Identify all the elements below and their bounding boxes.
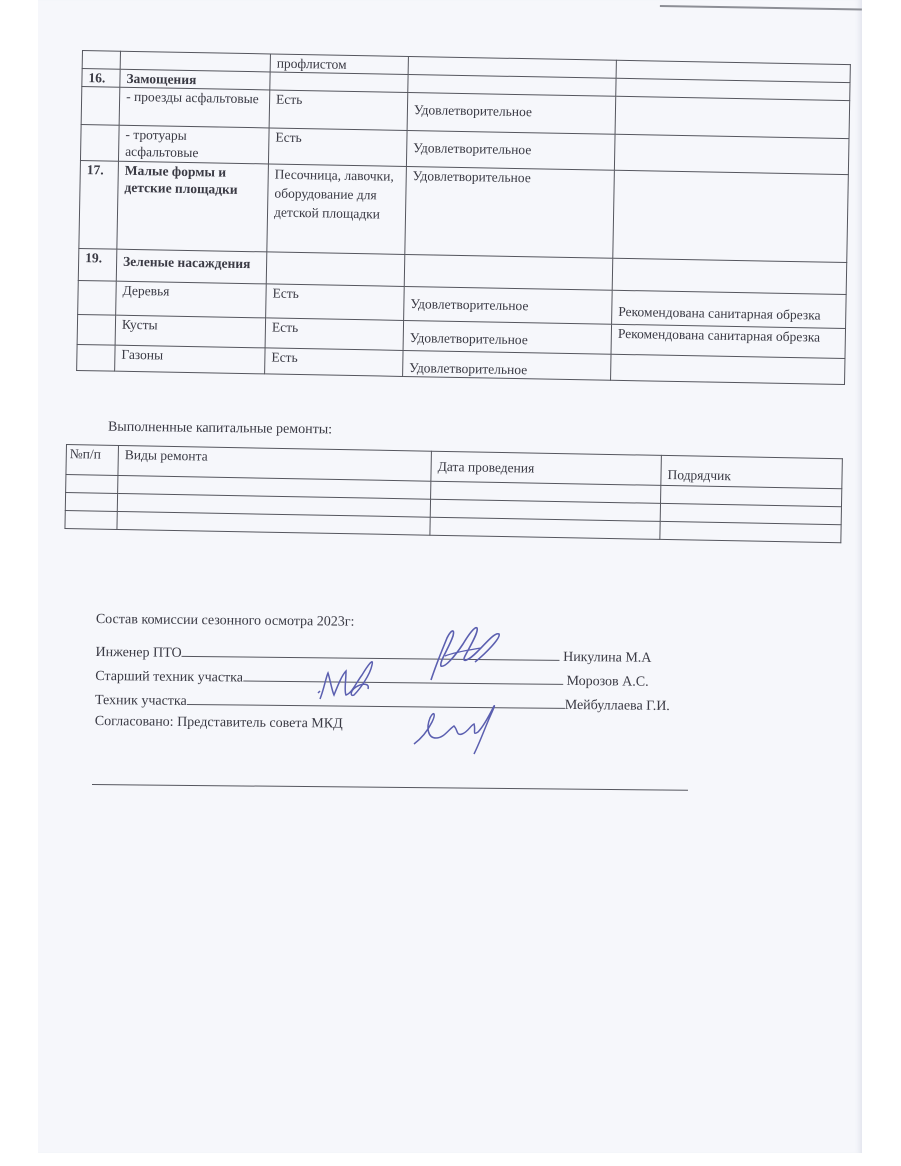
row-number: 16. <box>82 69 120 88</box>
element-name: - проезды асфальтовые <box>119 87 270 128</box>
member-role: Старший техник участка <box>95 669 243 686</box>
member-role: Инженер ПТО <box>95 645 181 661</box>
signature-line <box>187 687 565 709</box>
repairs-caption: Выполненные капитальные ремонты: <box>108 420 332 439</box>
element-name: Деревья <box>116 281 267 318</box>
commission-title: Состав комиссии сезонного осмотра 2023г: <box>96 608 716 638</box>
condition-cell: Удовлетворительное <box>406 130 615 170</box>
commission-block: Состав комиссии сезонного осмотра 2023г:… <box>95 608 716 740</box>
note-cell <box>613 170 849 262</box>
row-number <box>81 87 120 126</box>
presence-cell <box>266 252 405 287</box>
presence-cell: Есть <box>265 348 403 377</box>
table-row: 17. Малые формы и детские площадки Песоч… <box>79 160 848 262</box>
condition-cell: Удовлетворительное <box>403 320 612 354</box>
signature-line <box>182 639 560 661</box>
presence-cell: Есть <box>268 128 407 167</box>
note-cell <box>612 258 847 294</box>
signature-line <box>243 664 563 685</box>
row-number <box>77 314 116 345</box>
presence-cell: Есть <box>269 90 408 131</box>
condition-cell <box>404 254 613 290</box>
row-number <box>80 124 119 161</box>
header-date: Дата проведения <box>431 451 662 485</box>
condition-cell: Удовлетворительное <box>405 166 615 258</box>
element-name: Газоны <box>115 345 265 374</box>
presence-cell: Песочница, лавочки, оборудование для дет… <box>267 164 407 255</box>
element-name: Малые формы и детские площадки <box>117 161 269 252</box>
note-cell <box>614 134 849 174</box>
note-cell <box>615 96 850 138</box>
row-number <box>82 51 120 70</box>
presence-cell: профлистом <box>270 54 408 75</box>
element-name: Замощения <box>120 69 270 90</box>
condition-cell: Удовлетворительное <box>407 92 616 134</box>
inspection-table: профлистом 16. Замощения - проезды асфал… <box>76 50 851 385</box>
note-cell: Рекомендована санитарная обрезка <box>611 324 846 358</box>
element-name: Кусты <box>115 315 266 348</box>
repairs-table: №п/п Виды ремонта Дата проведения Подряд… <box>64 444 842 543</box>
header-number: №п/п <box>66 445 119 476</box>
element-name: - тротуары асфальтовые <box>118 125 269 164</box>
note-cell <box>611 354 845 384</box>
member-name: Мейбуллаева Г.И. <box>565 698 670 714</box>
row-number <box>77 344 115 371</box>
row-number: 17. <box>79 160 119 249</box>
header-contractor: Подрядчик <box>661 455 843 488</box>
row-number <box>78 280 117 315</box>
condition-cell: Удовлетворительное <box>403 350 611 380</box>
note-cell: Рекомендована санитарная обрезка <box>612 290 847 328</box>
element-name: Зеленые насаждения <box>116 249 267 284</box>
member-role: Техник участка <box>95 693 187 709</box>
condition-cell: Удовлетворительное <box>404 286 613 324</box>
member-name: Морозов А.С. <box>566 674 648 690</box>
presence-cell: Есть <box>265 318 404 351</box>
member-name: Никулина М.А <box>563 650 651 666</box>
row-number: 19. <box>78 248 117 281</box>
presence-cell: Есть <box>266 284 405 321</box>
